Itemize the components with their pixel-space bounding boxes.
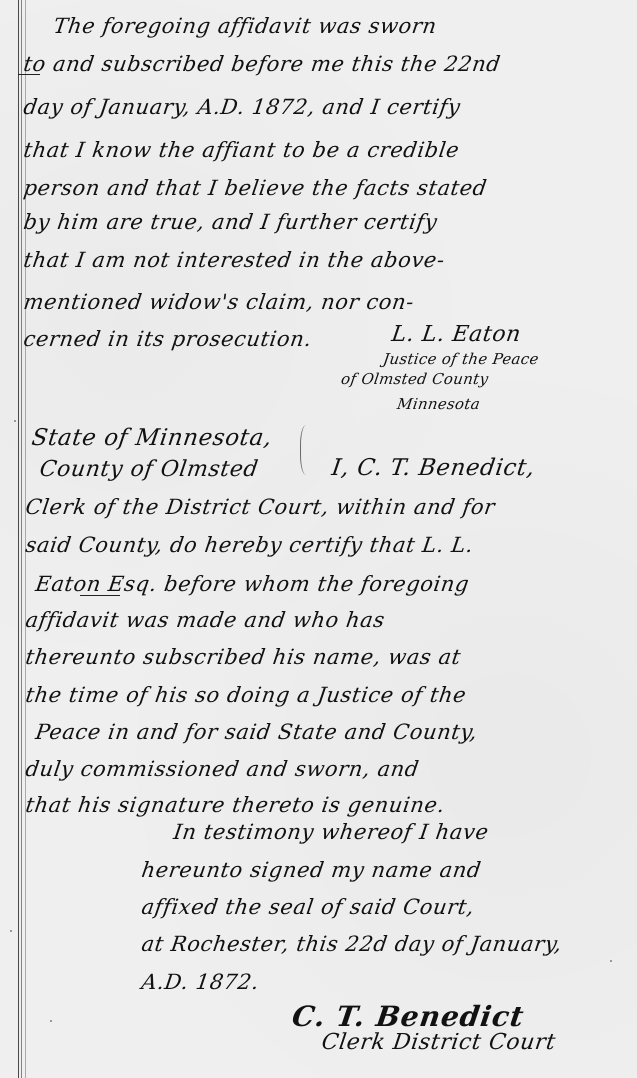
certification-line: affidavit was made and who has	[24, 608, 387, 632]
ink-speck	[14, 420, 16, 422]
testimony-line: affixed the seal of said Court,	[140, 895, 476, 919]
certification-line: thereunto subscribed his name, was at	[24, 645, 463, 669]
certification-line: the time of his so doing a Justice of th…	[24, 683, 468, 707]
affidavit-line: mentioned widow's claim, nor con-	[22, 290, 416, 314]
certification-line: said County, do hereby certify that L. L…	[24, 533, 475, 557]
venue-brace	[300, 425, 315, 475]
testimony-line: hereunto signed my name and	[140, 858, 483, 882]
certification-line: I, C. T. Benedict,	[330, 455, 537, 481]
venue-county: County of Olmsted	[38, 457, 260, 482]
certification-line: duly commissioned and sworn, and	[24, 757, 421, 781]
testimony-line: In testimony whereof I have	[172, 820, 490, 844]
affidavit-line: The foregoing affidavit was sworn	[52, 14, 438, 38]
document-page: The foregoing affidavit was sworn to and…	[0, 0, 637, 1078]
affidavit-line: day of January, A.D. 1872, and I certify	[22, 95, 462, 119]
justice-title-line: of Olmsted County	[340, 370, 490, 388]
blank-fill-stroke	[80, 595, 120, 596]
affidavit-line: cerned in its prosecution.	[22, 327, 313, 351]
venue-state: State of Minnesota,	[30, 425, 274, 451]
certification-line: Eaton Esq. before whom the foregoing	[34, 572, 471, 596]
ink-speck	[50, 1020, 52, 1022]
certification-line: Clerk of the District Court, within and …	[24, 495, 497, 519]
affidavit-line: that I am not interested in the above-	[22, 248, 446, 272]
testimony-line: A.D. 1872.	[140, 970, 261, 994]
affidavit-line: to and subscribed before me this the 22n…	[22, 52, 502, 76]
affidavit-line: by him are true, and I further certify	[22, 210, 439, 234]
certification-line: that his signature thereto is genuine.	[24, 793, 447, 817]
justice-title-line: Minnesota	[396, 395, 481, 413]
ink-speck	[10, 930, 12, 932]
certification-line: Peace in and for said State and County,	[34, 720, 479, 744]
affidavit-line: person and that I believe the facts stat…	[22, 176, 489, 200]
justice-title-line: Justice of the Peace	[382, 350, 540, 368]
clerk-signature: C. T. Benedict	[290, 1000, 527, 1033]
margin-rule	[18, 0, 19, 1078]
justice-signature: L. L. Eaton	[390, 322, 523, 347]
testimony-line: at Rochester, this 22d day of January,	[140, 932, 564, 956]
clerk-title: Clerk District Court	[320, 1030, 557, 1055]
affidavit-line: that I know the affiant to be a credible	[22, 138, 461, 162]
ink-speck	[610, 960, 612, 962]
